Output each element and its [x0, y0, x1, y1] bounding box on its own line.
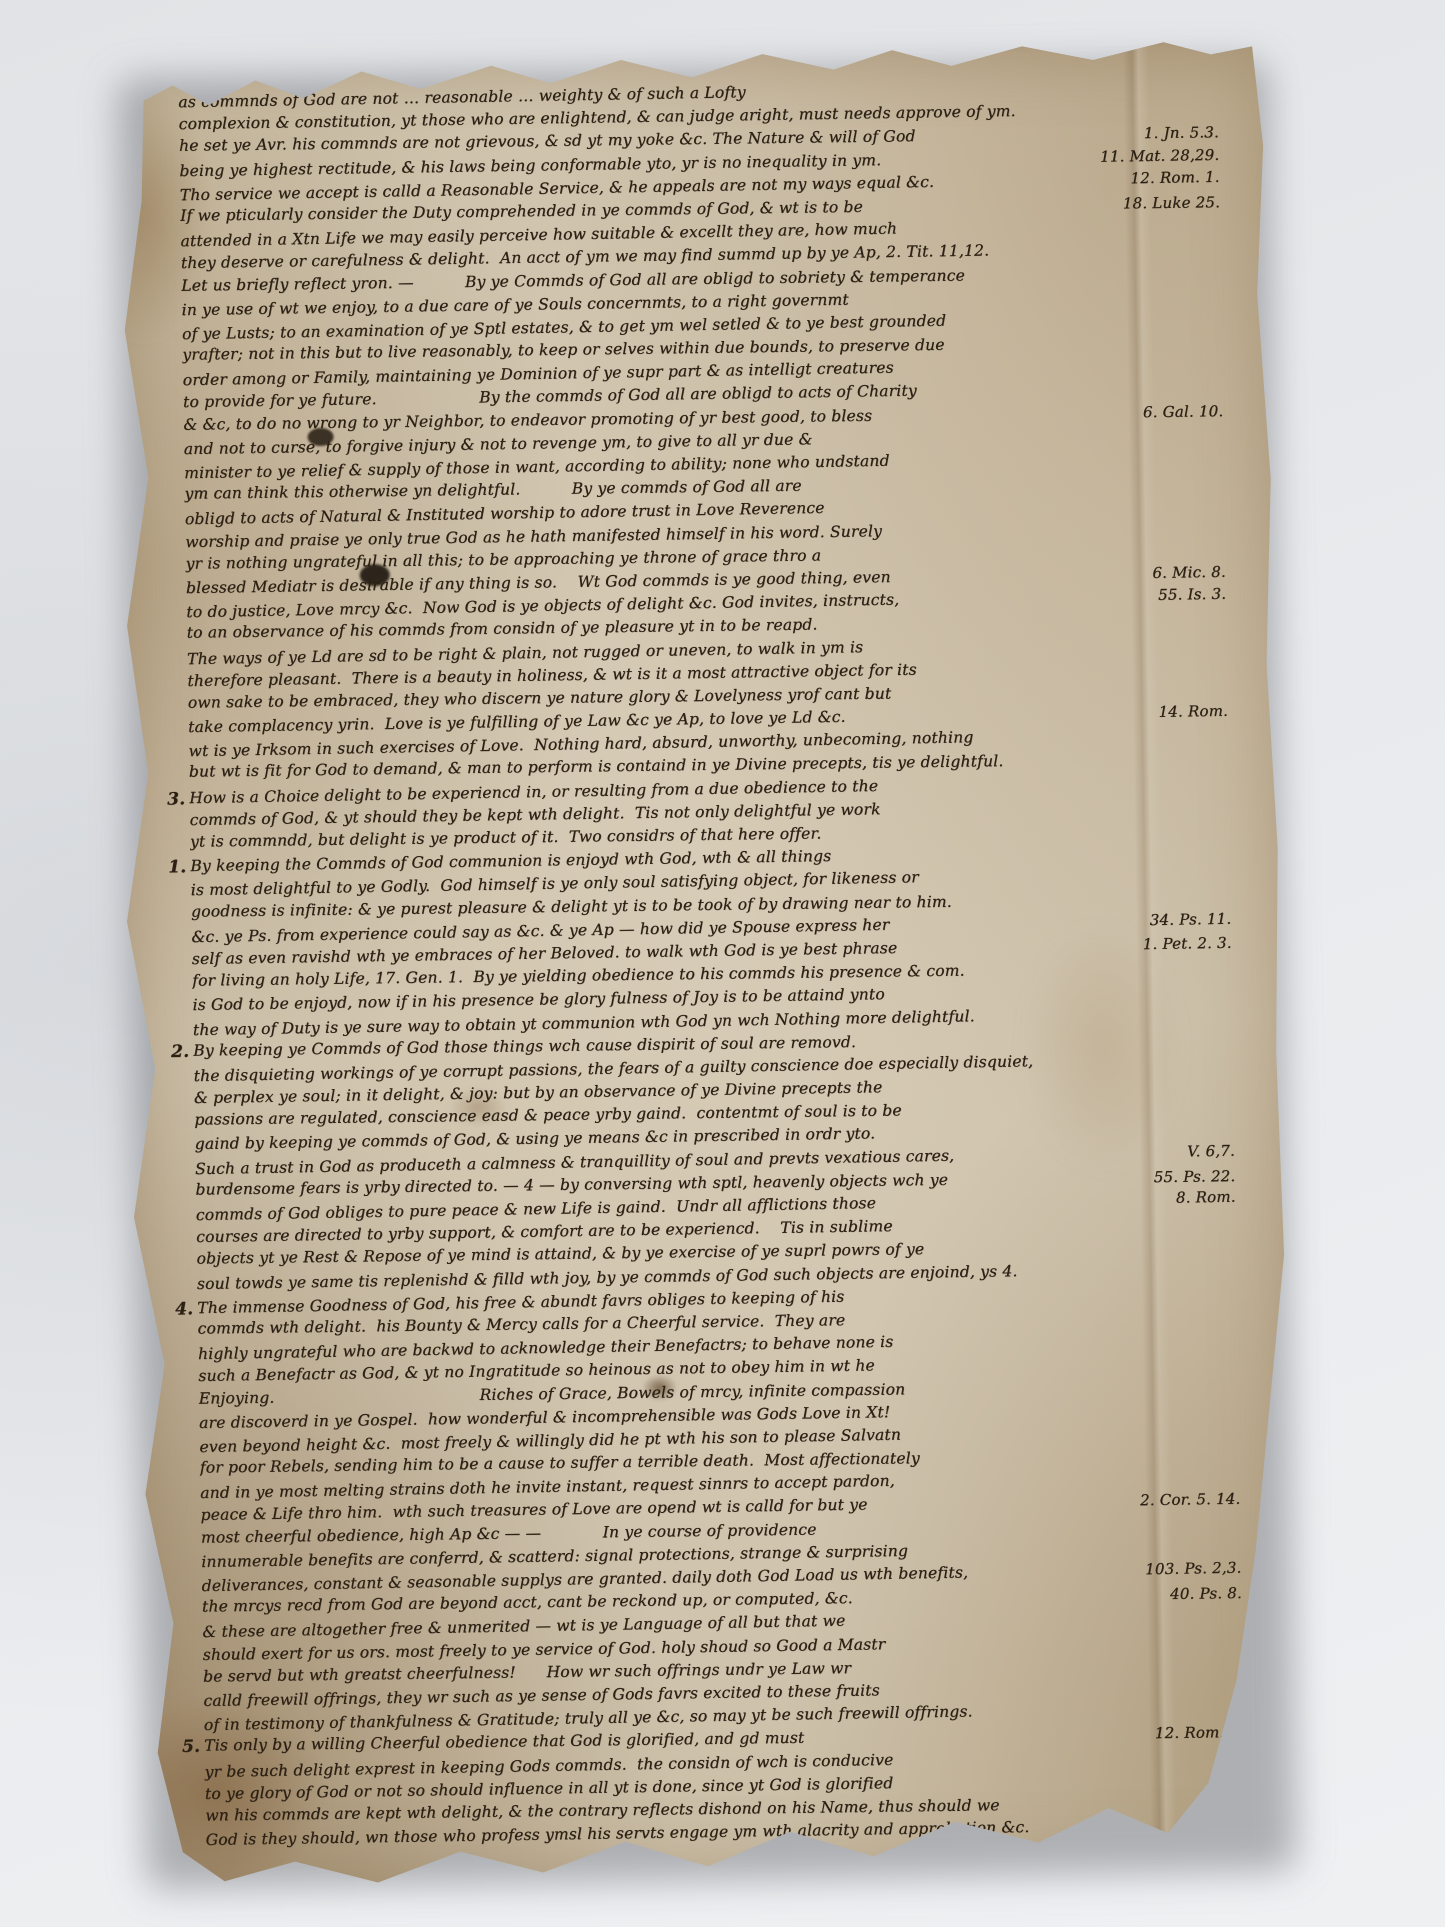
margin-scripture-reference — [1211, 238, 1221, 261]
photo-background: as commnds of God are not … reasonable …… — [0, 0, 1445, 1927]
manuscript-text: as commnds of God are not … reasonable …… — [178, 76, 1246, 1864]
margin-scripture-reference — [1228, 1351, 1238, 1374]
margin-scripture-reference: 1. Pet. 2. 3. — [1133, 934, 1232, 959]
section-number — [153, 650, 183, 651]
margin-scripture-reference: 34. Ps. 11. — [1140, 909, 1232, 934]
margin-scripture-reference — [1226, 1236, 1236, 1259]
section-number — [151, 511, 181, 512]
margin-scripture-reference — [1219, 795, 1229, 818]
margin-scripture-reference — [1213, 377, 1223, 400]
margin-scripture-reference — [1208, 75, 1218, 98]
section-number — [161, 1160, 191, 1161]
margin-scripture-reference — [1217, 631, 1227, 654]
margin-scripture-reference — [1216, 610, 1226, 633]
margin-scripture-reference — [1223, 1049, 1233, 1072]
margin-scripture-reference: 11. Mat. 28,29. — [1090, 145, 1220, 170]
margin-scripture-reference — [1218, 724, 1228, 747]
margin-scripture-reference — [1223, 1002, 1233, 1025]
margin-scripture-reference — [1226, 1212, 1236, 1235]
margin-scripture-reference: 8. Rom. — [1166, 1188, 1236, 1212]
margin-scripture-reference — [1229, 1397, 1239, 1420]
margin-scripture-reference — [1221, 889, 1231, 912]
section-number — [159, 1067, 189, 1068]
margin-scripture-reference: 6. Mic. 8. — [1142, 563, 1226, 587]
margin-scripture-reference — [1215, 541, 1225, 564]
margin-scripture-reference — [1231, 1536, 1241, 1559]
section-number: 3. — [155, 789, 185, 810]
margin-scripture-reference — [1211, 263, 1221, 286]
section-number — [165, 1438, 195, 1439]
margin-scripture-reference — [1211, 285, 1221, 308]
section-number — [149, 372, 179, 373]
margin-scripture-reference — [1228, 1327, 1238, 1350]
margin-scripture-reference: 103. Ps. 2,3. — [1135, 1559, 1242, 1584]
margin-scripture-reference — [1222, 958, 1232, 981]
margin-scripture-reference — [1229, 1419, 1239, 1442]
margin-scripture-reference — [1231, 1515, 1241, 1538]
margin-scripture-reference — [1224, 1119, 1234, 1142]
margin-scripture-reference: 12. Rom. 1. — [1120, 167, 1220, 192]
margin-scripture-reference: V. 6,7. — [1177, 1141, 1235, 1165]
margin-scripture-reference — [1210, 214, 1220, 237]
margin-scripture-reference — [1227, 1258, 1237, 1281]
margin-scripture-reference — [1219, 770, 1229, 793]
margin-scripture-reference: 55. Is. 3. — [1148, 585, 1226, 610]
section-number — [170, 1716, 200, 1717]
section-number — [154, 743, 184, 744]
section-number — [164, 1345, 194, 1346]
section-number — [159, 1021, 189, 1022]
margin-scripture-reference — [1228, 1376, 1238, 1399]
margin-scripture-reference: 14. Rom. — [1148, 702, 1228, 726]
margin-scripture-reference: 6. Gal. 10. — [1133, 402, 1224, 426]
margin-scripture-reference — [1227, 1280, 1237, 1303]
margin-scripture-reference — [1212, 353, 1222, 376]
margin-scripture-reference — [1230, 1466, 1240, 1489]
margin-scripture-reference — [1215, 492, 1225, 515]
margin-scripture-reference — [1224, 1073, 1234, 1096]
margin-scripture-reference — [1220, 863, 1230, 886]
margin-scripture-reference — [1217, 655, 1227, 678]
section-number — [146, 186, 176, 187]
section-number — [167, 1577, 197, 1578]
manuscript-page: as commnds of God are not … reasonable …… — [102, 35, 1311, 1901]
margin-scripture-reference — [1219, 750, 1229, 773]
section-number — [152, 603, 182, 604]
section-number: 1. — [156, 857, 186, 877]
section-number: 2. — [159, 1041, 189, 1061]
section-number — [157, 928, 187, 929]
margin-scripture-reference — [1224, 1097, 1234, 1120]
margin-scripture-reference — [1208, 99, 1218, 122]
section-number — [146, 232, 176, 233]
section-number — [162, 1206, 192, 1207]
section-number — [150, 464, 180, 465]
section-number: 4. — [163, 1299, 193, 1320]
section-number — [148, 325, 178, 326]
margin-scripture-reference — [1214, 446, 1224, 469]
margin-scripture-reference — [1222, 980, 1232, 1003]
section-number — [166, 1484, 196, 1485]
margin-scripture-reference — [1218, 680, 1228, 703]
margin-scripture-reference: 1. Jn. 5.3. — [1134, 124, 1219, 148]
margin-scripture-reference — [1220, 819, 1230, 842]
margin-scripture-reference — [1232, 1605, 1242, 1628]
section-number — [157, 882, 187, 883]
margin-scripture-reference — [1215, 516, 1225, 539]
section-number: 5. — [170, 1737, 200, 1757]
section-number — [170, 1763, 200, 1764]
margin-scripture-reference: 2. Cor. 5. 14. — [1130, 1490, 1241, 1515]
margin-scripture-reference — [1212, 307, 1222, 330]
margin-scripture-reference — [1223, 1028, 1233, 1051]
margin-scripture-reference — [1214, 424, 1224, 447]
margin-scripture-reference — [1220, 841, 1230, 864]
